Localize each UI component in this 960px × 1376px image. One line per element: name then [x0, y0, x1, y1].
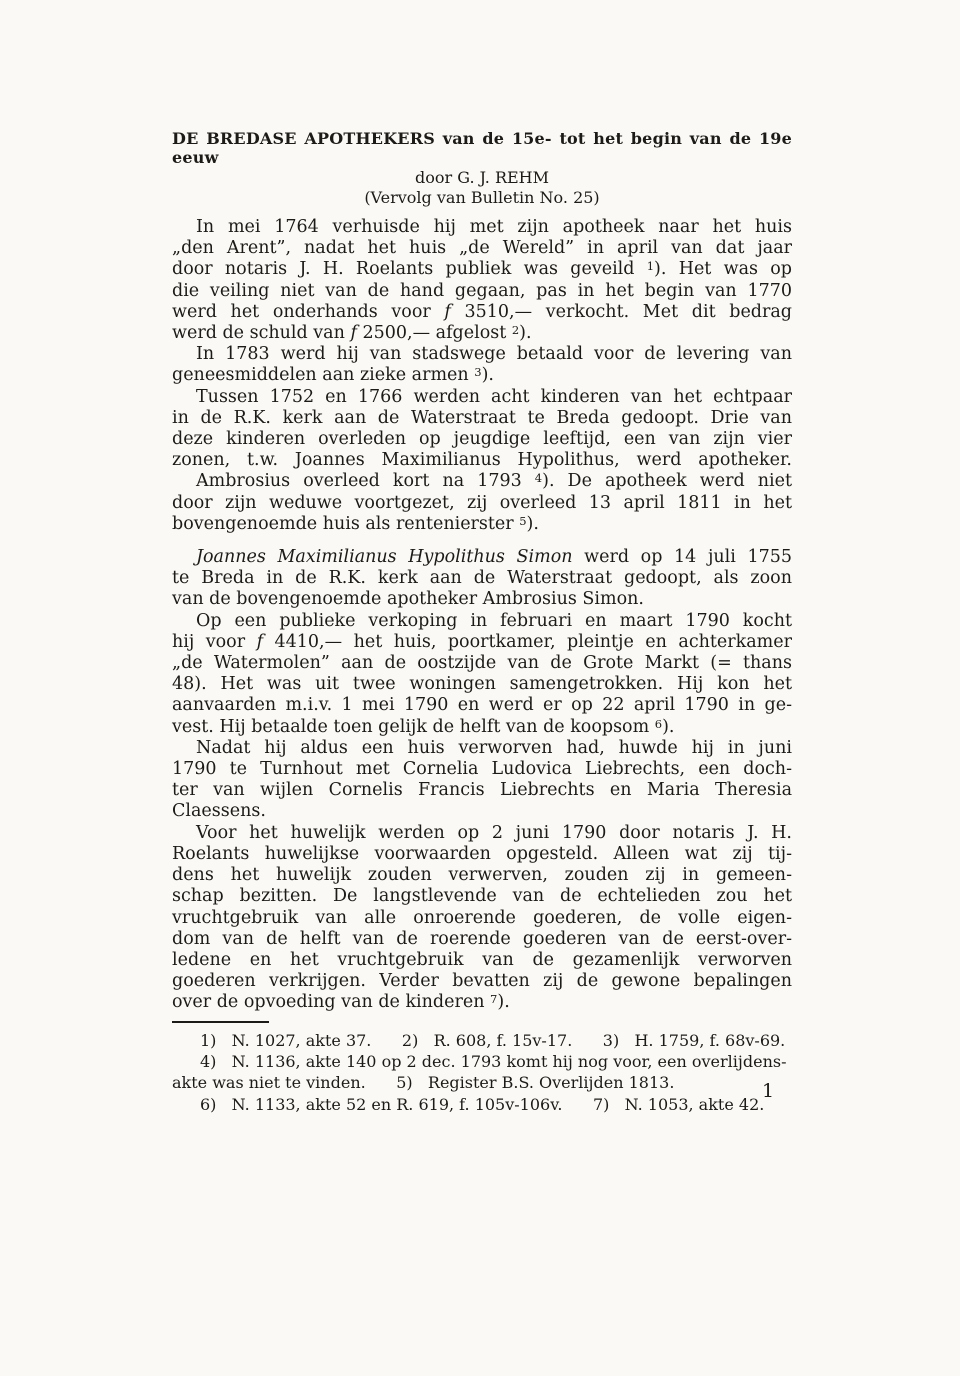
text-line: door zijn weduwe voortgezet, zij overlee… [172, 493, 792, 514]
text-line: vruchtgebruik van alle onroerende goeder… [172, 908, 792, 929]
text-column: DE BREDASE APOTHEKERS van de 15e- tot he… [172, 129, 792, 1115]
footnote-list: 1) N. 1027, akte 37. 2) R. 608, f. 15v-1… [172, 1030, 792, 1116]
text-line: Op een publieke verkoping in februari en… [172, 611, 792, 632]
text-line: In mei 1764 verhuisde hij met zijn apoth… [172, 217, 792, 238]
paragraph-6: Op een publieke verkoping in februari en… [172, 611, 792, 738]
text-line: „de Watermolen” aan de oostzijde van de … [172, 653, 792, 674]
text-line: te Breda in de R.K. kerk aan de Waterstr… [172, 568, 792, 589]
page-number: 1 [762, 1080, 774, 1102]
text-line: bovengenoemde huis als rentenierster 5). [172, 514, 792, 535]
text-line: ter van wijlen Cornelis Francis Liebrech… [172, 780, 792, 801]
footnote-divider [172, 1021, 269, 1023]
paragraph-3: Tussen 1752 en 1766 werden acht kinderen… [172, 387, 792, 472]
text-line: goederen verkrijgen. Verder bevatten zij… [172, 971, 792, 992]
text-line: In 1783 werd hij van stadswege betaald v… [172, 344, 792, 365]
footnote-line: 1) N. 1027, akte 37. 2) R. 608, f. 15v-1… [172, 1030, 792, 1051]
text-line: 1790 te Turnhout met Cornelia Ludovica L… [172, 759, 792, 780]
paragraph-4: Ambrosius overleed kort na 1793 4). De a… [172, 471, 792, 535]
text-line: vest. Hij betaalde toen gelijk de helft … [172, 717, 792, 738]
text-line: door notaris J. H. Roelants publiek was … [172, 259, 792, 280]
text-line: werd de schuld van f 2500,— afgelost 2). [172, 323, 792, 344]
text-line: „den Arent”, nadat het huis „de Wereld” … [172, 238, 792, 259]
text-line: Joannes Maximilianus Hypolithus Simon we… [172, 547, 792, 568]
article-subtitle: (Vervolg van Bulletin No. 25) [172, 188, 792, 208]
footnote-line: 4) N. 1136, akte 140 op 2 dec. 1793 komt… [172, 1051, 792, 1072]
text-line: hij voor f 4410,— het huis, poortkamer, … [172, 632, 792, 653]
text-line: Roelants huwelijkse voorwaarden opgestel… [172, 844, 792, 865]
article-header: DE BREDASE APOTHEKERS van de 15e- tot he… [172, 129, 792, 208]
text-line: Voor het huwelijk werden op 2 juni 1790 … [172, 823, 792, 844]
article-body: In mei 1764 verhuisde hij met zijn apoth… [172, 217, 792, 1014]
text-line: aanvaarden m.i.v. 1 mei 1790 en werd er … [172, 695, 792, 716]
text-line: die veiling niet van de hand gegaan, pas… [172, 281, 792, 302]
text-line: in de R.K. kerk aan de Waterstraat te Br… [172, 408, 792, 429]
paragraph-7: Nadat hij aldus een huis verworven had, … [172, 738, 792, 823]
text-line: Tussen 1752 en 1766 werden acht kinderen… [172, 387, 792, 408]
article-byline: door G. J. REHM [172, 168, 792, 188]
text-line: geneesmiddelen aan zieke armen 3). [172, 365, 792, 386]
paragraph-5: Joannes Maximilianus Hypolithus Simon we… [172, 547, 792, 611]
text-line: 48). Het was uit twee woningen samengetr… [172, 674, 792, 695]
article-title: DE BREDASE APOTHEKERS van de 15e- tot he… [172, 129, 792, 167]
paragraph-1: In mei 1764 verhuisde hij met zijn apoth… [172, 217, 792, 344]
footnotes-section: 1) N. 1027, akte 37. 2) R. 608, f. 15v-1… [172, 1021, 792, 1116]
footnote-line: 6) N. 1133, akte 52 en R. 619, f. 105v-1… [172, 1094, 792, 1115]
text-line: Claessens. [172, 801, 792, 822]
text-line: van de bovengenoemde apotheker Ambrosius… [172, 589, 792, 610]
text-line: zonen, t.w. Joannes Maximilianus Hypolit… [172, 450, 792, 471]
paragraph-2: In 1783 werd hij van stadswege betaald v… [172, 344, 792, 386]
text-line: schap bezitten. De langstlevende van de … [172, 886, 792, 907]
paragraph-8: Voor het huwelijk werden op 2 juni 1790 … [172, 823, 792, 1014]
text-line: Ambrosius overleed kort na 1793 4). De a… [172, 471, 792, 492]
text-line: deze kinderen overleden op jeugdige leef… [172, 429, 792, 450]
text-line: dens het huwelijk zouden verwerven, zoud… [172, 865, 792, 886]
text-line: Nadat hij aldus een huis verworven had, … [172, 738, 792, 759]
text-line: dom van de helft van de roerende goedere… [172, 929, 792, 950]
text-line: over de opvoeding van de kinderen 7). [172, 992, 792, 1013]
footnote-line: akte was niet te vinden. 5) Register B.S… [172, 1072, 792, 1093]
scanned-page: DE BREDASE APOTHEKERS van de 15e- tot he… [0, 0, 960, 1376]
text-line: ledene en het vruchtgebruik van de gezam… [172, 950, 792, 971]
text-line: werd het onderhands voor f 3510,— verkoc… [172, 302, 792, 323]
